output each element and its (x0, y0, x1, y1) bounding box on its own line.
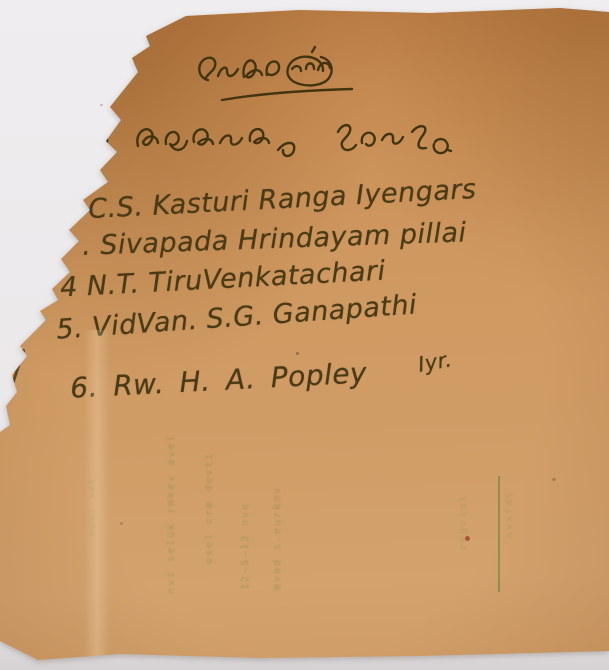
paper-speck (296, 352, 299, 355)
stray-pen-mark (10, 349, 26, 390)
photo-of-document: euvi kel nvi seluk rmkev avel osel crm d… (0, 0, 609, 670)
ghost-print-column: osel crm devti (204, 438, 215, 564)
superscript-annotation: Iyr. (416, 347, 454, 377)
ghost-print-column: 12–5–13 nve (240, 468, 251, 590)
paper-surface: euvi kel nvi seluk rmkev avel osel crm d… (0, 0, 609, 670)
list-line: C.S. Kasturi Ranga Iyengars (87, 174, 477, 225)
tamil-line-handwriting (90, 110, 465, 174)
list-line: 6. Rw. H. A. Popley (69, 356, 368, 405)
red-ink-speck (465, 536, 470, 541)
ghost-print-rule (498, 476, 500, 592)
backdrop-speck (100, 104, 103, 106)
ghost-print-column: mvad s.eurknv (272, 448, 283, 590)
ghost-print-column: svxfmt (504, 478, 515, 538)
ghost-print-column: euvi kel (88, 406, 98, 536)
ghost-print-column: nvi seluk rmkev avel (166, 418, 177, 594)
list-line: . Sivapada Hrindayam pillai (82, 217, 467, 261)
paper-speck (552, 478, 556, 481)
tamil-heading-handwriting (192, 40, 364, 110)
paper-speck (120, 522, 123, 525)
paper-fragment: euvi kel nvi seluk rmkev avel osel crm d… (0, 0, 609, 670)
